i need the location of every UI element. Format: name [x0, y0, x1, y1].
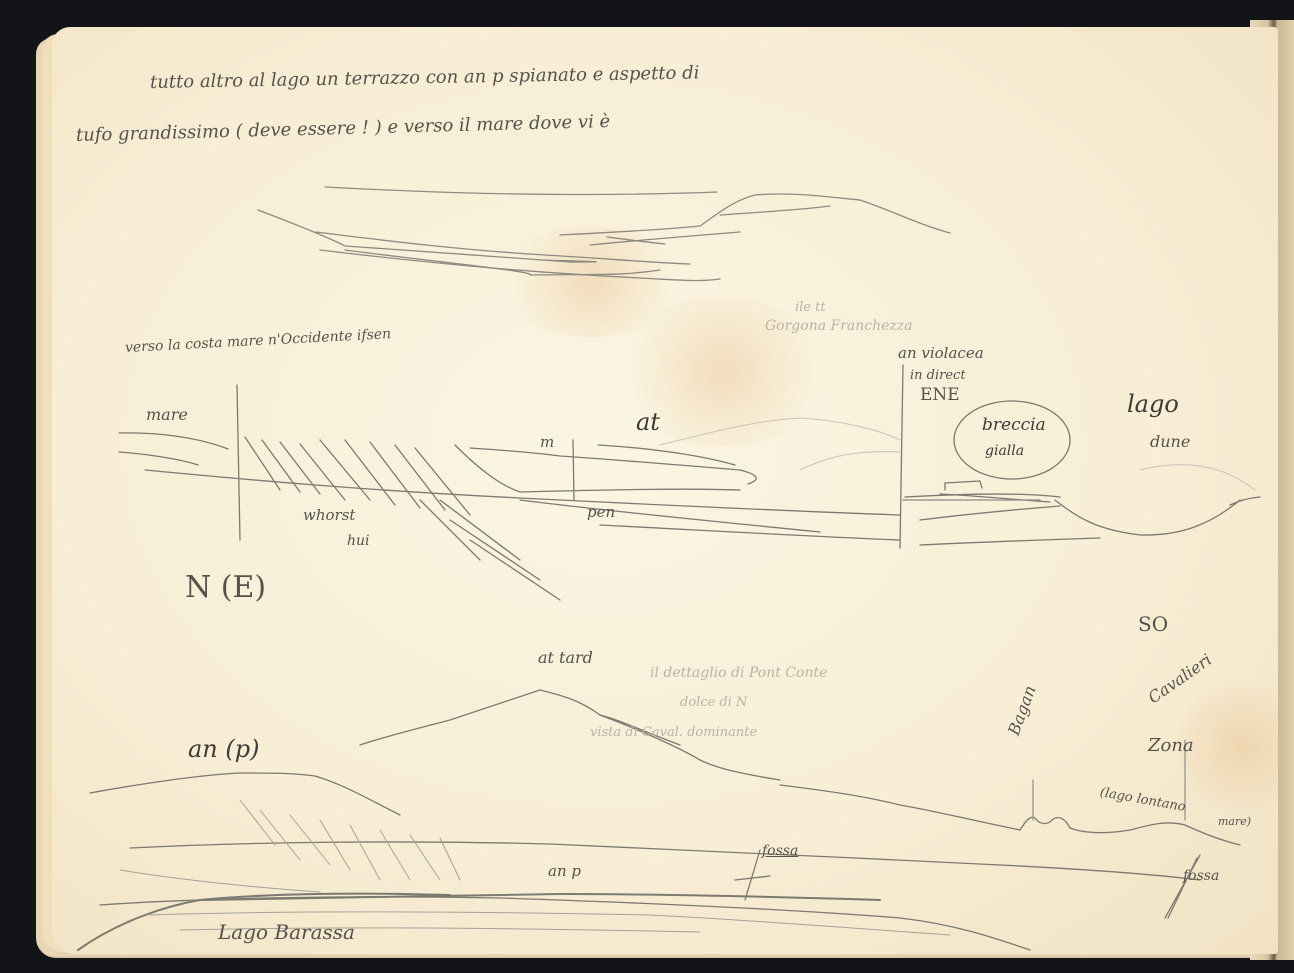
label-an-p: an (p) — [188, 735, 259, 763]
bleed-through-text: il dettaglio di Pont Conte — [650, 665, 827, 681]
top-ridge-sketch — [258, 187, 950, 281]
label-fossa-right: fossa — [1183, 868, 1219, 884]
pencil-sketches — [0, 0, 1294, 973]
label-lago: lago — [1127, 390, 1179, 418]
note-ene: ENE — [920, 385, 960, 405]
bleed-through-text: ile tt — [795, 300, 826, 315]
label-mare-paren: mare) — [1218, 815, 1251, 828]
label-lago-barassa: Lago Barassa — [218, 920, 355, 944]
label-dune: dune — [1150, 432, 1190, 451]
middle-section-sketch — [119, 365, 1260, 600]
label-hui: hui — [347, 533, 370, 549]
label-peak-at-tard: at tard — [538, 648, 593, 667]
label-pen: pen — [587, 503, 615, 521]
label-whorst: whorst — [303, 506, 355, 524]
circled-note-gialla: gialla — [985, 443, 1024, 459]
circled-note-breccia: breccia — [982, 415, 1046, 435]
bleed-through-text: vista di Caval. dominante — [590, 725, 757, 740]
note-an-violacea: an violacea — [898, 344, 984, 362]
label-m: m — [540, 433, 554, 451]
compass-label-n-e: N (E) — [185, 570, 266, 605]
bleed-through-text: Gorgona Franchezza — [765, 318, 913, 334]
label-so: SO — [1138, 612, 1168, 636]
note-in-direct: in direct — [910, 368, 966, 383]
label-zona: Zona — [1148, 735, 1194, 756]
bleed-through-text: dolce di N — [680, 695, 747, 710]
label-an-p-lower: an p — [548, 862, 581, 880]
label-fossa: fossa — [762, 843, 798, 859]
label-at: at — [636, 408, 660, 436]
label-mare: mare — [146, 405, 188, 424]
